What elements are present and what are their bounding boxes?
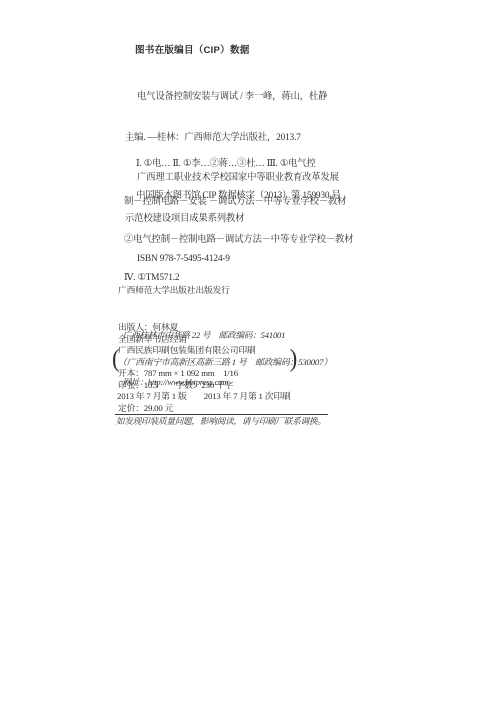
classification-line-1: Ⅰ. ①电… Ⅱ. ①李…②蒋…③杜… Ⅲ. ①电气控 — [124, 158, 353, 171]
sheets-line: 印张：10.5 字数：236 千字 — [118, 380, 233, 391]
format-line: 开本：787 mm × 1 092 mm 1/16 — [118, 368, 238, 379]
cip-title-line: 电气设备控制安装与调试 / 李一峰，蒋山，杜静 — [125, 91, 339, 105]
cip-record-number: 中国版本图书馆 CIP 数据核字（2013）第 159930 号 — [136, 187, 341, 201]
printer-line: 广西民族印刷包装集团有限公司印刷 — [118, 345, 256, 356]
price-line: 定价：29.00 元 — [118, 403, 173, 414]
quality-note: 如发现印装质量问题，影响阅读，请与印刷厂联系调换。 — [116, 416, 326, 427]
divider-rule — [115, 414, 328, 415]
publisher-person-line: 出版人：何林夏 — [118, 322, 178, 333]
cip-classification: Ⅰ. ①电… Ⅱ. ①李…②蒋…③杜… Ⅲ. ①电气控 制－控制电路－安装 －调… — [124, 133, 353, 309]
book-copyright-page: 图书在版编目（CIP）数据 电气设备控制安装与调试 / 李一峰，蒋山，杜静 主编… — [0, 0, 500, 707]
printer-address-line: （广西南宁市高新区高新三路 1 号 邮政编码：530007） — [118, 357, 332, 368]
edition-line: 2013 年 7 月第 1 版 2013 年 7 月第 1 次印刷 — [117, 391, 291, 402]
distribution-line: 全国新华书店经销 — [118, 334, 187, 345]
cip-header: 图书在版编目（CIP）数据 — [135, 42, 250, 56]
classification-line-4: Ⅳ. ①TM571.2 — [124, 272, 353, 285]
classification-line-3: ②电气控制－控制电路－调试方法－中等专业学校－教材 — [124, 234, 353, 247]
